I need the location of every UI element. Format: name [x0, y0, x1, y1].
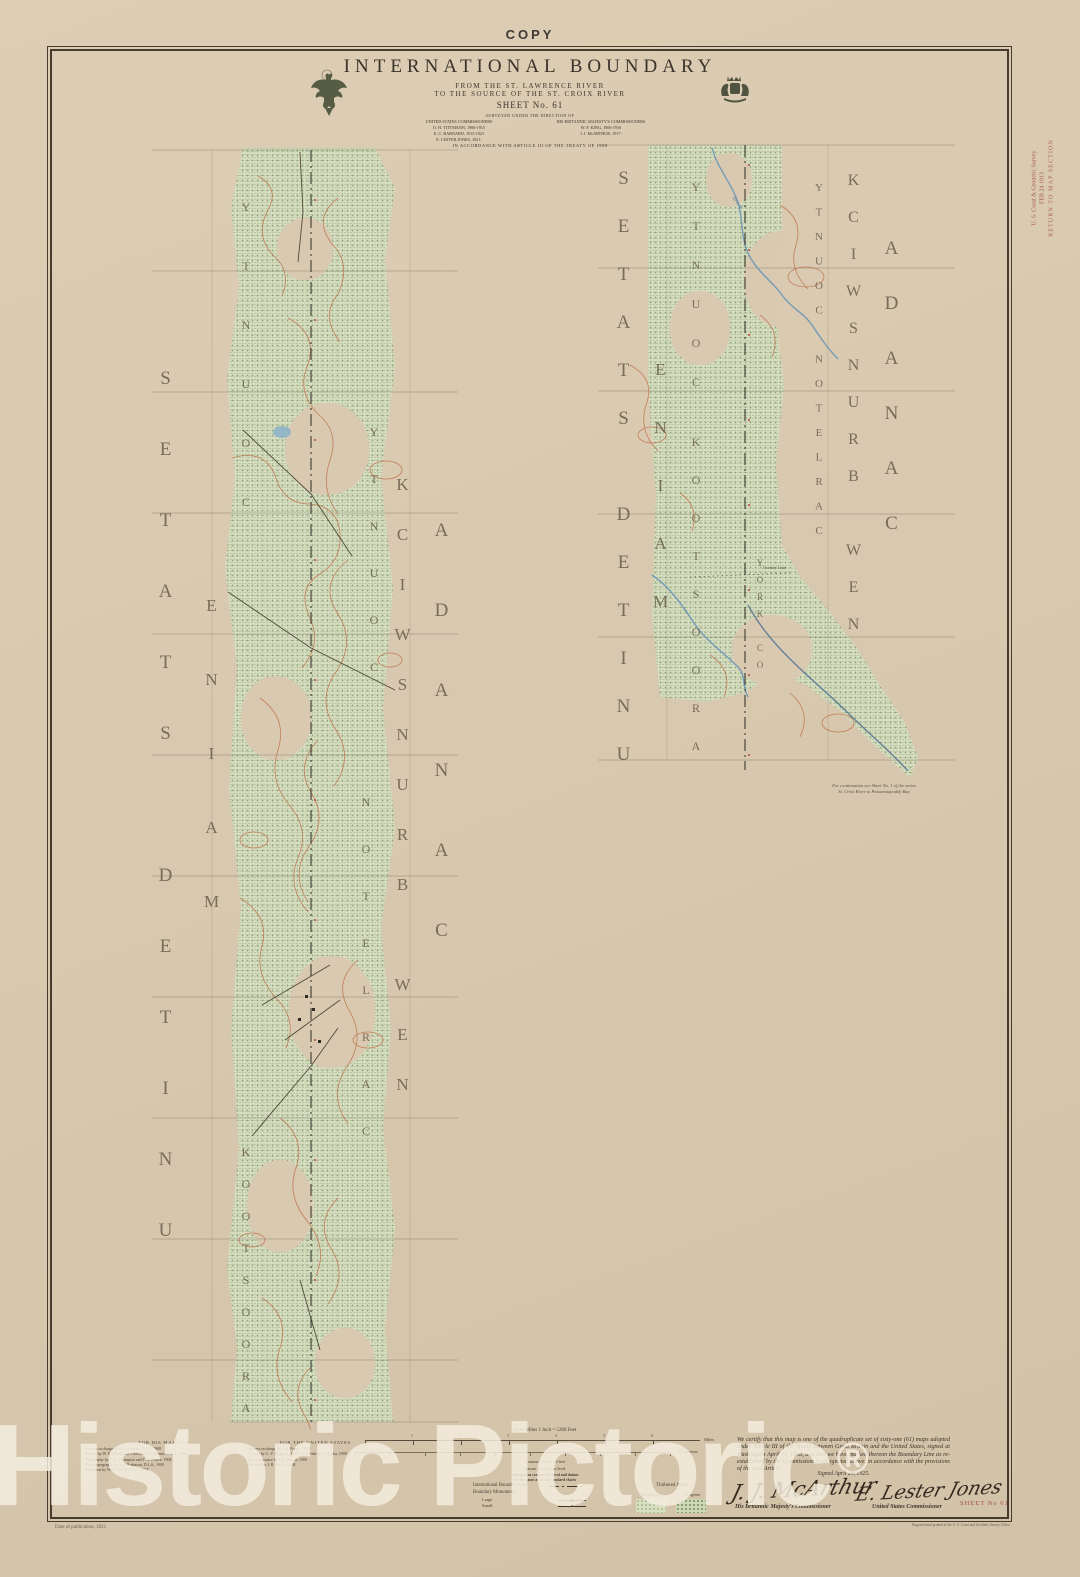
stamp-line-1: U. S. Coast & Geodetic Survey — [1032, 122, 1038, 254]
label-new-brunswick-left: KCIWSNURB WEN — [394, 475, 411, 1125]
watermark: Historic Pictoric® — [0, 1398, 869, 1532]
label-york-co: YORK CO — [755, 558, 764, 677]
label-maine-right: ENIAM — [652, 360, 669, 650]
uk-commissioner: J. J. McARTHUR, 1917- — [537, 131, 665, 137]
map-sheet-page: { "sheet": { "copy_label": "COPY", "titl… — [0, 0, 1080, 1577]
printer-credit: Engraved and printed at the U. S. Coast … — [870, 1523, 1010, 1527]
map-subtitle-1: FROM THE ST. LAWRENCE RIVER — [330, 82, 730, 90]
watermark-text: Historic Pictoric — [0, 1400, 831, 1530]
label-carleton-county-right: YTNUOC NOTELRAC — [813, 182, 824, 550]
continuation-note: For continuation see Sheet No. 1 of the … — [790, 783, 958, 795]
us-eagle-emblem — [304, 68, 348, 116]
label-maine-left: ENIAM — [203, 596, 220, 966]
sheet-number: SHEET No. 61 — [330, 100, 730, 110]
map-title: INTERNATIONAL BOUNDARY — [280, 56, 780, 78]
library-stamp: U. S. Coast & Geodetic Survey FEB 24 191… — [1018, 122, 1068, 254]
stamp-line-3: RETURN TO MAP SECTION — [1048, 122, 1055, 254]
label-canada-left: ADANAC — [432, 520, 451, 1000]
us-signature-label: United States Commissioner — [872, 1504, 942, 1510]
label-new-brunswick-right: KCIWSNURB WEN — [845, 172, 861, 653]
label-county-right-top: YTNUOC — [690, 180, 702, 414]
label-carleton-left: NOTELRAC — [360, 795, 372, 1171]
label-united-states-left: SETATS DETINU — [156, 368, 175, 1291]
left-strip-drawing — [140, 140, 470, 1430]
royal-arms-emblem — [714, 70, 756, 114]
map-subtitle-2: TO THE SOURCE OF THE ST. CROIX RIVER — [330, 90, 730, 98]
label-aroostook-right: KOOTSOORA — [690, 435, 702, 777]
right-strip-drawing — [590, 135, 970, 805]
label-aroostook-left: KOOTSOORA — [240, 1145, 252, 1433]
copy-label: COPY — [470, 27, 590, 42]
us-commissioners: UNITED STATES COMMISSIONERS O. H. TITTMA… — [395, 119, 523, 143]
stamp-line-2: FEB 24 1913 — [1040, 122, 1046, 254]
label-county-left-right: YTNUOC — [368, 425, 380, 707]
label-canada-right: ADANAC — [882, 238, 901, 568]
uk-commissioners: HIS BRITANNIC MAJESTY'S COMMISSIONERS W.… — [537, 119, 665, 143]
commissioners-block: UNITED STATES COMMISSIONERS O. H. TITTMA… — [395, 119, 665, 143]
sheet-number-stamp: SHEET No 61 — [960, 1500, 1009, 1507]
label-county-left-top: YTNUOC — [240, 200, 252, 554]
surveyed-under: SURVEYED UNDER THE DIRECTION OF — [330, 113, 730, 118]
label-united-states-right: SETATS DETINU — [614, 168, 633, 792]
treaty-line: IN ACCORDANCE WITH ARTICLE III OF THE TR… — [330, 143, 730, 148]
registered-mark-icon: ® — [837, 1434, 869, 1483]
continuation-note-line2: St. Croix River to Passamaquoddy Bay — [790, 789, 958, 795]
label-county-line: County Line — [763, 565, 786, 570]
